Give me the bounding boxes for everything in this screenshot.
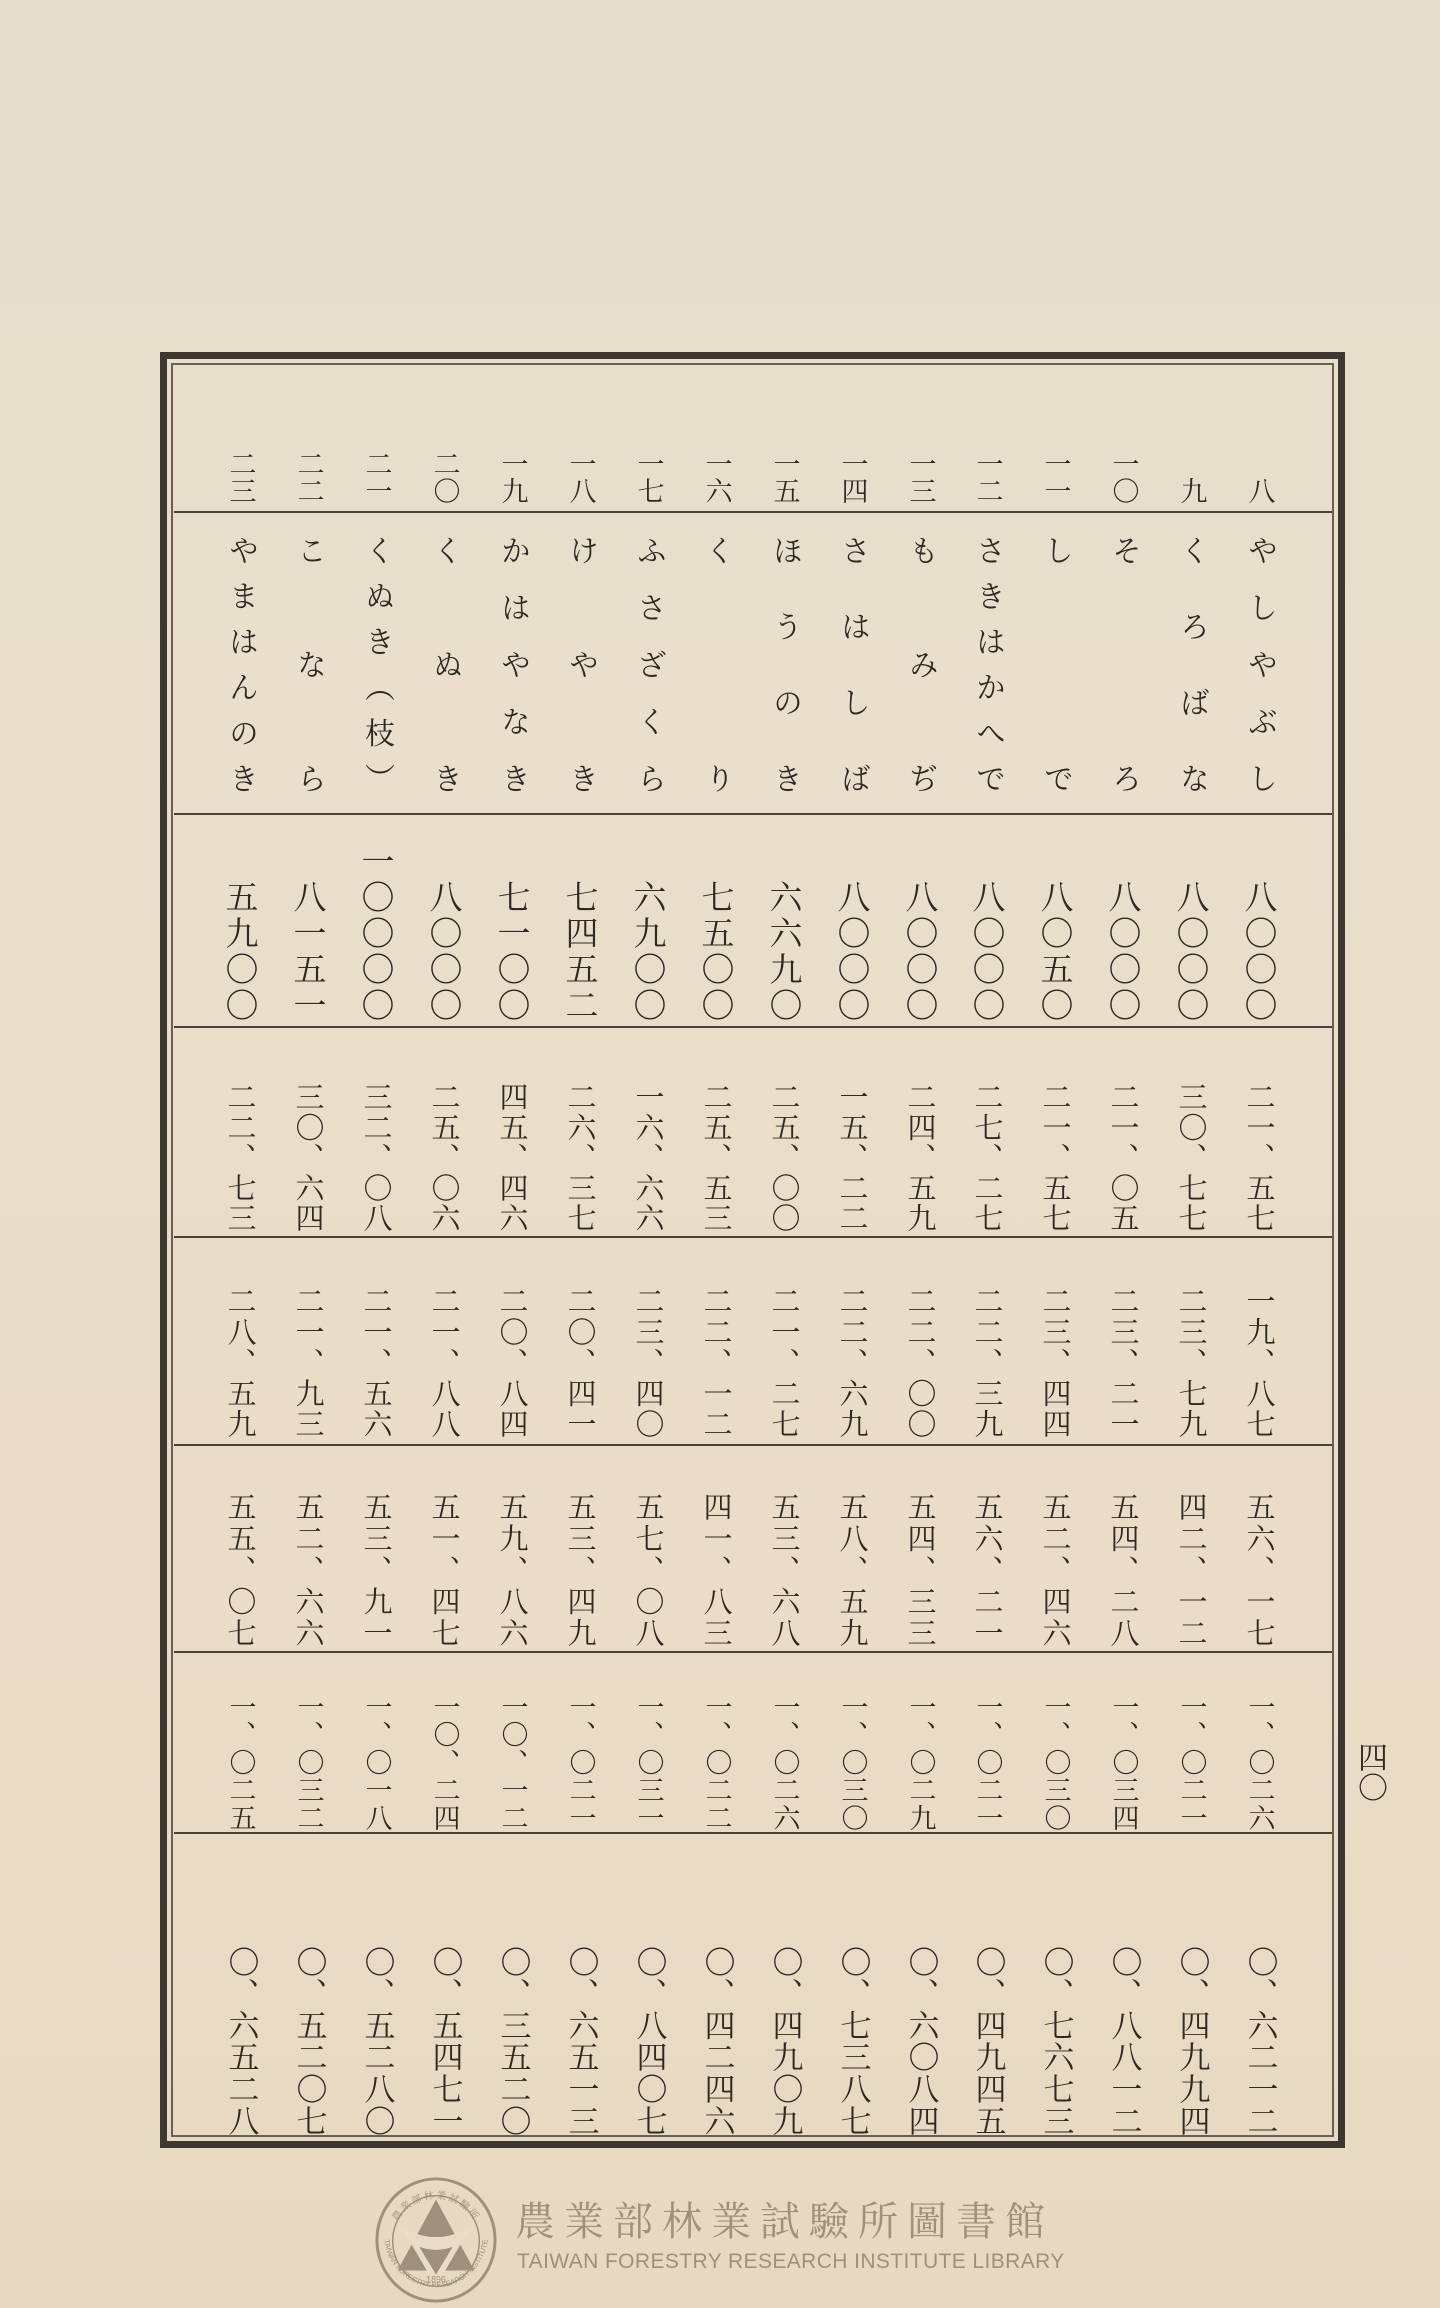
value3-cell: 五二、四六: [1021, 1492, 1089, 1647]
value1: 三〇、六四: [294, 1082, 323, 1232]
species-name: やまはんのき: [225, 535, 255, 793]
count-value: 八〇〇〇: [904, 880, 937, 1024]
row-number: 二〇: [431, 450, 458, 504]
value3-cell: 五六、二一: [953, 1492, 1021, 1647]
value1: 一六、六六: [634, 1082, 663, 1232]
value4: 一、〇二一: [1178, 1693, 1205, 1831]
species-name-cell: くり: [682, 535, 750, 793]
species-name: そろ: [1108, 535, 1138, 793]
count-cell: 七四五二: [546, 840, 614, 1024]
value4: 一、〇二五: [227, 1693, 254, 1831]
value4: 一、〇三二: [295, 1693, 322, 1831]
value3: 五二、四六: [1041, 1492, 1070, 1647]
value2-cell: 二三、七九: [1157, 1286, 1225, 1438]
value4: 一、〇三四: [1110, 1693, 1137, 1831]
value3-cell: 五七、〇八: [614, 1492, 682, 1647]
species-name: さきはかへで: [972, 535, 1002, 793]
value1: 四五、四六: [498, 1082, 527, 1232]
count-cell: 八〇五〇: [1021, 840, 1089, 1024]
value3-cell: 五四、三三: [886, 1492, 954, 1647]
row-number: 一七: [635, 450, 662, 504]
value2: 二一、五六: [362, 1286, 391, 1438]
value3-cell: 五三、六八: [750, 1492, 818, 1647]
species-name-cell: くぬき: [410, 535, 478, 793]
value2: 二二、六九: [838, 1286, 867, 1438]
species-name-cell: くろばな: [1157, 535, 1225, 793]
row-number-cell: 二三: [206, 440, 274, 504]
value4-cell: 一、〇三四: [1089, 1693, 1157, 1831]
row-number: 一〇: [1110, 450, 1137, 504]
count-value: 六六九〇: [768, 880, 801, 1024]
value5: 〇、六五一三: [565, 1946, 596, 2136]
value4-cell: 一、〇二五: [206, 1693, 274, 1831]
value3: 五一、四七: [430, 1492, 459, 1647]
value1-cell: 二七、二七: [953, 1082, 1021, 1232]
count-cell: 八〇〇〇: [886, 840, 954, 1024]
value2: 二一、二七: [770, 1286, 799, 1438]
value1: 二五、〇六: [430, 1082, 459, 1232]
value3-cell: 五八、五九: [818, 1492, 886, 1647]
value5-cell: 〇、四九〇九: [750, 1946, 818, 2136]
value3: 五四、三三: [906, 1492, 935, 1647]
value1: 二四、五九: [906, 1082, 935, 1232]
species-name: さはしば: [837, 535, 867, 793]
value4-cell: 一、〇三〇: [1021, 1693, 1089, 1831]
value4-cell: 一、〇二六: [1225, 1693, 1293, 1831]
value5-cell: 〇、四九九四: [1157, 1946, 1225, 2136]
value1: 二五、五三: [702, 1082, 731, 1232]
value3: 五九、八六: [498, 1492, 527, 1647]
value1-cell: 二五、〇〇: [750, 1082, 818, 1232]
species-name-cell: そろ: [1089, 535, 1157, 793]
species-name: けやき: [565, 535, 595, 793]
watermark-library-name-english: TAIWAN FORESTRY RESEARCH INSTITUTE LIBRA…: [517, 2250, 1065, 2274]
row-number: 八: [1246, 477, 1273, 504]
row-number-cell: 一四: [818, 440, 886, 504]
count-value: 六九〇〇: [632, 880, 665, 1024]
value2-cell: 二八、五九: [206, 1286, 274, 1438]
value5-cell: 〇、五二〇七: [274, 1946, 342, 2136]
row-number: 一二: [974, 450, 1001, 504]
count-cell: 八〇〇〇: [1225, 840, 1293, 1024]
watermark-library-name: 農業部林業試驗所圖書館: [515, 2190, 1054, 2247]
value4: 一、〇二一: [974, 1693, 1001, 1831]
value5: 〇、五二〇七: [293, 1946, 324, 2136]
value1: 三〇、七七: [1177, 1082, 1206, 1232]
value3-cell: 五六、一七: [1225, 1492, 1293, 1647]
count-cell: 六六九〇: [750, 840, 818, 1024]
value5-cell: 〇、六二一二: [1225, 1946, 1293, 2136]
table-record: 一九 かはやなき 七一〇〇 四五、四六 二〇、八四 五九、八六 一〇、一二 〇、…: [478, 0, 546, 2308]
value5: 〇、四九四五: [972, 1946, 1003, 2136]
species-name: ふさざくら: [633, 535, 663, 793]
value4-cell: 一、〇二一: [953, 1693, 1021, 1831]
value2-cell: 二二、〇〇: [886, 1286, 954, 1438]
count-value: 八〇〇〇: [1107, 880, 1140, 1024]
value5: 〇、七三八七: [837, 1946, 868, 2136]
value1-cell: 三〇、七七: [1157, 1082, 1225, 1232]
value1: 二七、二七: [973, 1082, 1002, 1232]
row-number: 一六: [703, 450, 730, 504]
value4: 一〇、二四: [431, 1693, 458, 1831]
value3: 五八、五九: [838, 1492, 867, 1647]
value5-cell: 〇、七三八七: [818, 1946, 886, 2136]
row-number-cell: 九: [1157, 440, 1225, 504]
value5-cell: 〇、四二四六: [682, 1946, 750, 2136]
value2-cell: 二一、九三: [274, 1286, 342, 1438]
value1: 二五、〇〇: [770, 1082, 799, 1232]
value3: 五三、六八: [770, 1492, 799, 1647]
value3: 五五、〇七: [226, 1492, 255, 1647]
value4-cell: 一、〇二六: [750, 1693, 818, 1831]
value1-cell: 二四、五九: [886, 1082, 954, 1232]
value2-cell: 二二、一二: [682, 1286, 750, 1438]
value5: 〇、六〇八四: [905, 1946, 936, 2136]
value3: 五二、六六: [294, 1492, 323, 1647]
row-number-cell: 八: [1225, 440, 1293, 504]
value2-cell: 二三、四〇: [614, 1286, 682, 1438]
value3-cell: 四二、一二: [1157, 1492, 1225, 1647]
value1-cell: 三〇、六四: [274, 1082, 342, 1232]
row-number: 一九: [499, 450, 526, 504]
value4: 一、〇三一: [635, 1693, 662, 1831]
row-number-cell: 二一: [342, 440, 410, 504]
table-record: 一一 しで 八〇五〇 二一、五七 二三、四四 五二、四六 一、〇三〇 〇、七六七…: [1021, 0, 1089, 2308]
value1: 二六、三七: [566, 1082, 595, 1232]
count-cell: 八一五一: [274, 840, 342, 1024]
row-number-cell: 一一: [1021, 440, 1089, 504]
count-cell: 七五〇〇: [682, 840, 750, 1024]
row-number-cell: 二二: [274, 440, 342, 504]
species-name: くぬき: [429, 535, 459, 793]
table-record: 一八 けやき 七四五二 二六、三七 二〇、四一 五三、四九 一、〇二一 〇、六五…: [546, 0, 614, 2308]
value1: 二一、五七: [1245, 1082, 1274, 1232]
value2: 二三、二一: [1109, 1286, 1138, 1438]
value3-cell: 五三、九一: [342, 1492, 410, 1647]
row-number: 一五: [771, 450, 798, 504]
value4: 一、〇二二: [703, 1693, 730, 1831]
value2: 二二、三九: [973, 1286, 1002, 1438]
species-name-cell: さはしば: [818, 535, 886, 793]
count-cell: 八〇〇〇: [1157, 840, 1225, 1024]
value4-cell: 一、〇二一: [1157, 1693, 1225, 1831]
count-value: 七一〇〇: [496, 880, 529, 1024]
value1-cell: 二六、三七: [546, 1082, 614, 1232]
row-number: 一四: [839, 450, 866, 504]
value1-cell: 二一、五七: [1225, 1082, 1293, 1232]
value4-cell: 一、〇二九: [886, 1693, 954, 1831]
row-number: 一一: [1042, 450, 1069, 504]
value2: 二三、四四: [1041, 1286, 1070, 1438]
value4-cell: 一〇、二四: [410, 1693, 478, 1831]
scanned-page: 八 やしやぶし 八〇〇〇 二一、五七 一九、八七 五六、一七 一、〇二六 〇、六…: [0, 0, 1440, 2308]
value5-cell: 〇、四九四五: [953, 1946, 1021, 2136]
value5: 〇、八四〇七: [633, 1946, 664, 2136]
row-number: 二二: [295, 450, 322, 504]
value1-cell: 二五、〇六: [410, 1082, 478, 1232]
value1-cell: 二一、五七: [1021, 1082, 1089, 1232]
value5: 〇、七六七三: [1040, 1946, 1071, 2136]
value4-cell: 一、〇一八: [342, 1693, 410, 1831]
value3: 五六、二一: [973, 1492, 1002, 1647]
species-name-cell: やまはんのき: [206, 535, 274, 793]
value3: 五三、四九: [566, 1492, 595, 1647]
value1-cell: 三二、〇八: [342, 1082, 410, 1232]
value4: 一、〇二六: [1246, 1693, 1273, 1831]
value1-cell: 二一、〇五: [1089, 1082, 1157, 1232]
value2-cell: 一九、八七: [1225, 1286, 1293, 1438]
row-number: 一八: [567, 450, 594, 504]
value3-cell: 五四、二八: [1089, 1492, 1157, 1647]
value4-cell: 一、〇二一: [546, 1693, 614, 1831]
value3: 五三、九一: [362, 1492, 391, 1647]
value1-cell: 二二、七三: [206, 1082, 274, 1232]
row-number: 二一: [363, 450, 390, 504]
value3: 五四、二八: [1109, 1492, 1138, 1647]
value3: 五七、〇八: [634, 1492, 663, 1647]
species-name: かはやなき: [497, 535, 527, 793]
count-cell: 五九〇〇: [206, 840, 274, 1024]
row-number-cell: 一九: [478, 440, 546, 504]
row-number-cell: 二〇: [410, 440, 478, 504]
value1-cell: 二五、五三: [682, 1082, 750, 1232]
value3-cell: 四一、八三: [682, 1492, 750, 1647]
value5: 〇、六五二八: [225, 1946, 256, 2136]
count-cell: 六九〇〇: [614, 840, 682, 1024]
value5-cell: 〇、五二八〇: [342, 1946, 410, 2136]
value2: 二三、四〇: [634, 1286, 663, 1438]
value3: 四二、一二: [1177, 1492, 1206, 1647]
table-record: 二一 くぬき（枝） 一〇〇〇〇 三二、〇八 二一、五六 五三、九一 一、〇一八 …: [342, 0, 410, 2308]
species-name-cell: もみぢ: [886, 535, 954, 793]
row-number-cell: 一〇: [1089, 440, 1157, 504]
value5-cell: 〇、三五二〇: [478, 1946, 546, 2136]
value2: 二八、五九: [226, 1286, 255, 1438]
row-number-cell: 一三: [886, 440, 954, 504]
count-cell: 八〇〇〇: [818, 840, 886, 1024]
page-number: 四〇: [1354, 1742, 1384, 1802]
table-record: 一二 さきはかへで 八〇〇〇 二七、二七 二二、三九 五六、二一 一、〇二一 〇…: [953, 0, 1021, 2308]
count-value: 八〇五〇: [1039, 880, 1072, 1024]
count-cell: 一〇〇〇〇: [342, 840, 410, 1024]
value1: 二一、五七: [1041, 1082, 1070, 1232]
species-name: くぬき（枝）: [361, 535, 391, 793]
value4: 一、〇二一: [567, 1693, 594, 1831]
value4: 一、〇二九: [907, 1693, 934, 1831]
value3-cell: 五二、六六: [274, 1492, 342, 1647]
value5: 〇、三五二〇: [497, 1946, 528, 2136]
table-record: 九 くろばな 八〇〇〇 三〇、七七 二三、七九 四二、一二 一、〇二一 〇、四九…: [1157, 0, 1225, 2308]
value5-cell: 〇、八八一二: [1089, 1946, 1157, 2136]
value2: 二一、八八: [430, 1286, 459, 1438]
value5-cell: 〇、七六七三: [1021, 1946, 1089, 2136]
row-number: 一三: [907, 450, 934, 504]
table-record: 二三 やまはんのき 五九〇〇 二二、七三 二八、五九 五五、〇七 一、〇二五 〇…: [206, 0, 274, 2308]
value2: 二三、七九: [1177, 1286, 1206, 1438]
row-number-cell: 一二: [953, 440, 1021, 504]
logo-year: 1896: [426, 2274, 446, 2284]
value2-cell: 二三、四四: [1021, 1286, 1089, 1438]
value4: 一、〇三〇: [839, 1693, 866, 1831]
species-name: くろばな: [1176, 535, 1206, 793]
table-record: 一四 さはしば 八〇〇〇 一五、二二 二二、六九 五八、五九 一、〇三〇 〇、七…: [818, 0, 886, 2308]
value2-cell: 二〇、四一: [546, 1286, 614, 1438]
species-name-cell: かはやなき: [478, 535, 546, 793]
count-cell: 八〇〇〇: [410, 840, 478, 1024]
count-cell: 七一〇〇: [478, 840, 546, 1024]
value4-cell: 一、〇二二: [682, 1693, 750, 1831]
species-name-cell: しで: [1021, 535, 1089, 793]
count-cell: 八〇〇〇: [1089, 840, 1157, 1024]
value4: 一、〇一八: [363, 1693, 390, 1831]
value1-cell: 一六、六六: [614, 1082, 682, 1232]
value1: 二一、〇五: [1109, 1082, 1138, 1232]
value2: 二一、九三: [294, 1286, 323, 1438]
value5: 〇、四九九四: [1176, 1946, 1207, 2136]
table-record: 二〇 くぬき 八〇〇〇 二五、〇六 二一、八八 五一、四七 一〇、二四 〇、五四…: [410, 0, 478, 2308]
table-record: 二二 こなら 八一五一 三〇、六四 二一、九三 五二、六六 一、〇三二 〇、五二…: [274, 0, 342, 2308]
row-number-cell: 一七: [614, 440, 682, 504]
row-number-cell: 一八: [546, 440, 614, 504]
value3-cell: 五三、四九: [546, 1492, 614, 1647]
row-number-cell: 一五: [750, 440, 818, 504]
species-name: ほうのき: [769, 535, 799, 793]
table-record: 一六 くり 七五〇〇 二五、五三 二二、一二 四一、八三 一、〇二二 〇、四二四…: [682, 0, 750, 2308]
species-name-cell: けやき: [546, 535, 614, 793]
value1: 三二、〇八: [362, 1082, 391, 1232]
value5: 〇、五四七一: [429, 1946, 460, 2136]
table-record: 八 やしやぶし 八〇〇〇 二一、五七 一九、八七 五六、一七 一、〇二六 〇、六…: [1225, 0, 1293, 2308]
species-name-cell: こなら: [274, 535, 342, 793]
value5-cell: 〇、六五二八: [206, 1946, 274, 2136]
value2: 一九、八七: [1245, 1286, 1274, 1438]
count-value: 八〇〇〇: [1175, 880, 1208, 1024]
value4-cell: 一〇、一二: [478, 1693, 546, 1831]
species-name-cell: さきはかへで: [953, 535, 1021, 793]
count-value: 八〇〇〇: [836, 880, 869, 1024]
species-name: もみぢ: [905, 535, 935, 793]
value4: 一、〇二六: [771, 1693, 798, 1831]
species-name: こなら: [293, 535, 323, 793]
value2-cell: 二一、二七: [750, 1286, 818, 1438]
value4-cell: 一、〇三二: [274, 1693, 342, 1831]
row-number: 二三: [227, 450, 254, 504]
species-name-cell: ほうのき: [750, 535, 818, 793]
species-name-cell: やしやぶし: [1225, 535, 1293, 793]
table-record: 一〇 そろ 八〇〇〇 二一、〇五 二三、二一 五四、二八 一、〇三四 〇、八八一…: [1089, 0, 1157, 2308]
value4-cell: 一、〇三〇: [818, 1693, 886, 1831]
value2-cell: 二一、五六: [342, 1286, 410, 1438]
value5-cell: 〇、六〇八四: [886, 1946, 954, 2136]
species-name-cell: くぬき（枝）: [342, 535, 410, 793]
value2-cell: 二二、三九: [953, 1286, 1021, 1438]
value3-cell: 五九、八六: [478, 1492, 546, 1647]
value5: 〇、四九〇九: [769, 1946, 800, 2136]
table-record: 一七 ふさざくら 六九〇〇 一六、六六 二三、四〇 五七、〇八 一、〇三一 〇、…: [614, 0, 682, 2308]
count-cell: 八〇〇〇: [953, 840, 1021, 1024]
value2-cell: 二三、二一: [1089, 1286, 1157, 1438]
count-value: 八一五一: [292, 880, 325, 1024]
value4: 一〇、一二: [499, 1693, 526, 1831]
value1-cell: 四五、四六: [478, 1082, 546, 1232]
value3-cell: 五五、〇七: [206, 1492, 274, 1647]
value2: 二二、〇〇: [906, 1286, 935, 1438]
value4: 一、〇三〇: [1042, 1693, 1069, 1831]
value5-cell: 〇、八四〇七: [614, 1946, 682, 2136]
value2: 二〇、八四: [498, 1286, 527, 1438]
value5: 〇、五二八〇: [361, 1946, 392, 2136]
value5: 〇、四二四六: [701, 1946, 732, 2136]
count-value: 八〇〇〇: [971, 880, 1004, 1024]
value5: 〇、六二一二: [1244, 1946, 1275, 2136]
row-number: 九: [1178, 477, 1205, 504]
count-value: 八〇〇〇: [1243, 880, 1276, 1024]
count-value: 七四五二: [564, 880, 597, 1024]
value3: 四一、八三: [702, 1492, 731, 1647]
count-value: 八〇〇〇: [428, 880, 461, 1024]
table-record: 一三 もみぢ 八〇〇〇 二四、五九 二二、〇〇 五四、三三 一、〇二九 〇、六〇…: [886, 0, 954, 2308]
value2: 二〇、四一: [566, 1286, 595, 1438]
count-value: 一〇〇〇〇: [360, 844, 393, 1024]
value1: 一五、二二: [838, 1082, 867, 1232]
value1-cell: 一五、二二: [818, 1082, 886, 1232]
value2: 二二、一二: [702, 1286, 731, 1438]
count-value: 七五〇〇: [700, 880, 733, 1024]
library-logo-icon: 農業部林業試驗所 TAIWAN FORESTRY RESEARCH INSTIT…: [372, 2176, 500, 2304]
value5-cell: 〇、五四七一: [410, 1946, 478, 2136]
value2-cell: 二〇、八四: [478, 1286, 546, 1438]
value3: 五六、一七: [1245, 1492, 1274, 1647]
species-name-cell: ふさざくら: [614, 535, 682, 793]
count-value: 五九〇〇: [224, 880, 257, 1024]
species-name: やしやぶし: [1244, 535, 1274, 793]
value2-cell: 二一、八八: [410, 1286, 478, 1438]
value3-cell: 五一、四七: [410, 1492, 478, 1647]
value5: 〇、八八一二: [1108, 1946, 1139, 2136]
value1: 二二、七三: [226, 1082, 255, 1232]
value2-cell: 二二、六九: [818, 1286, 886, 1438]
row-number-cell: 一六: [682, 440, 750, 504]
species-name: しで: [1040, 535, 1070, 793]
value4-cell: 一、〇三一: [614, 1693, 682, 1831]
table-record: 一五 ほうのき 六六九〇 二五、〇〇 二一、二七 五三、六八 一、〇二六 〇、四…: [750, 0, 818, 2308]
species-name: くり: [701, 535, 731, 793]
value5-cell: 〇、六五一三: [546, 1946, 614, 2136]
